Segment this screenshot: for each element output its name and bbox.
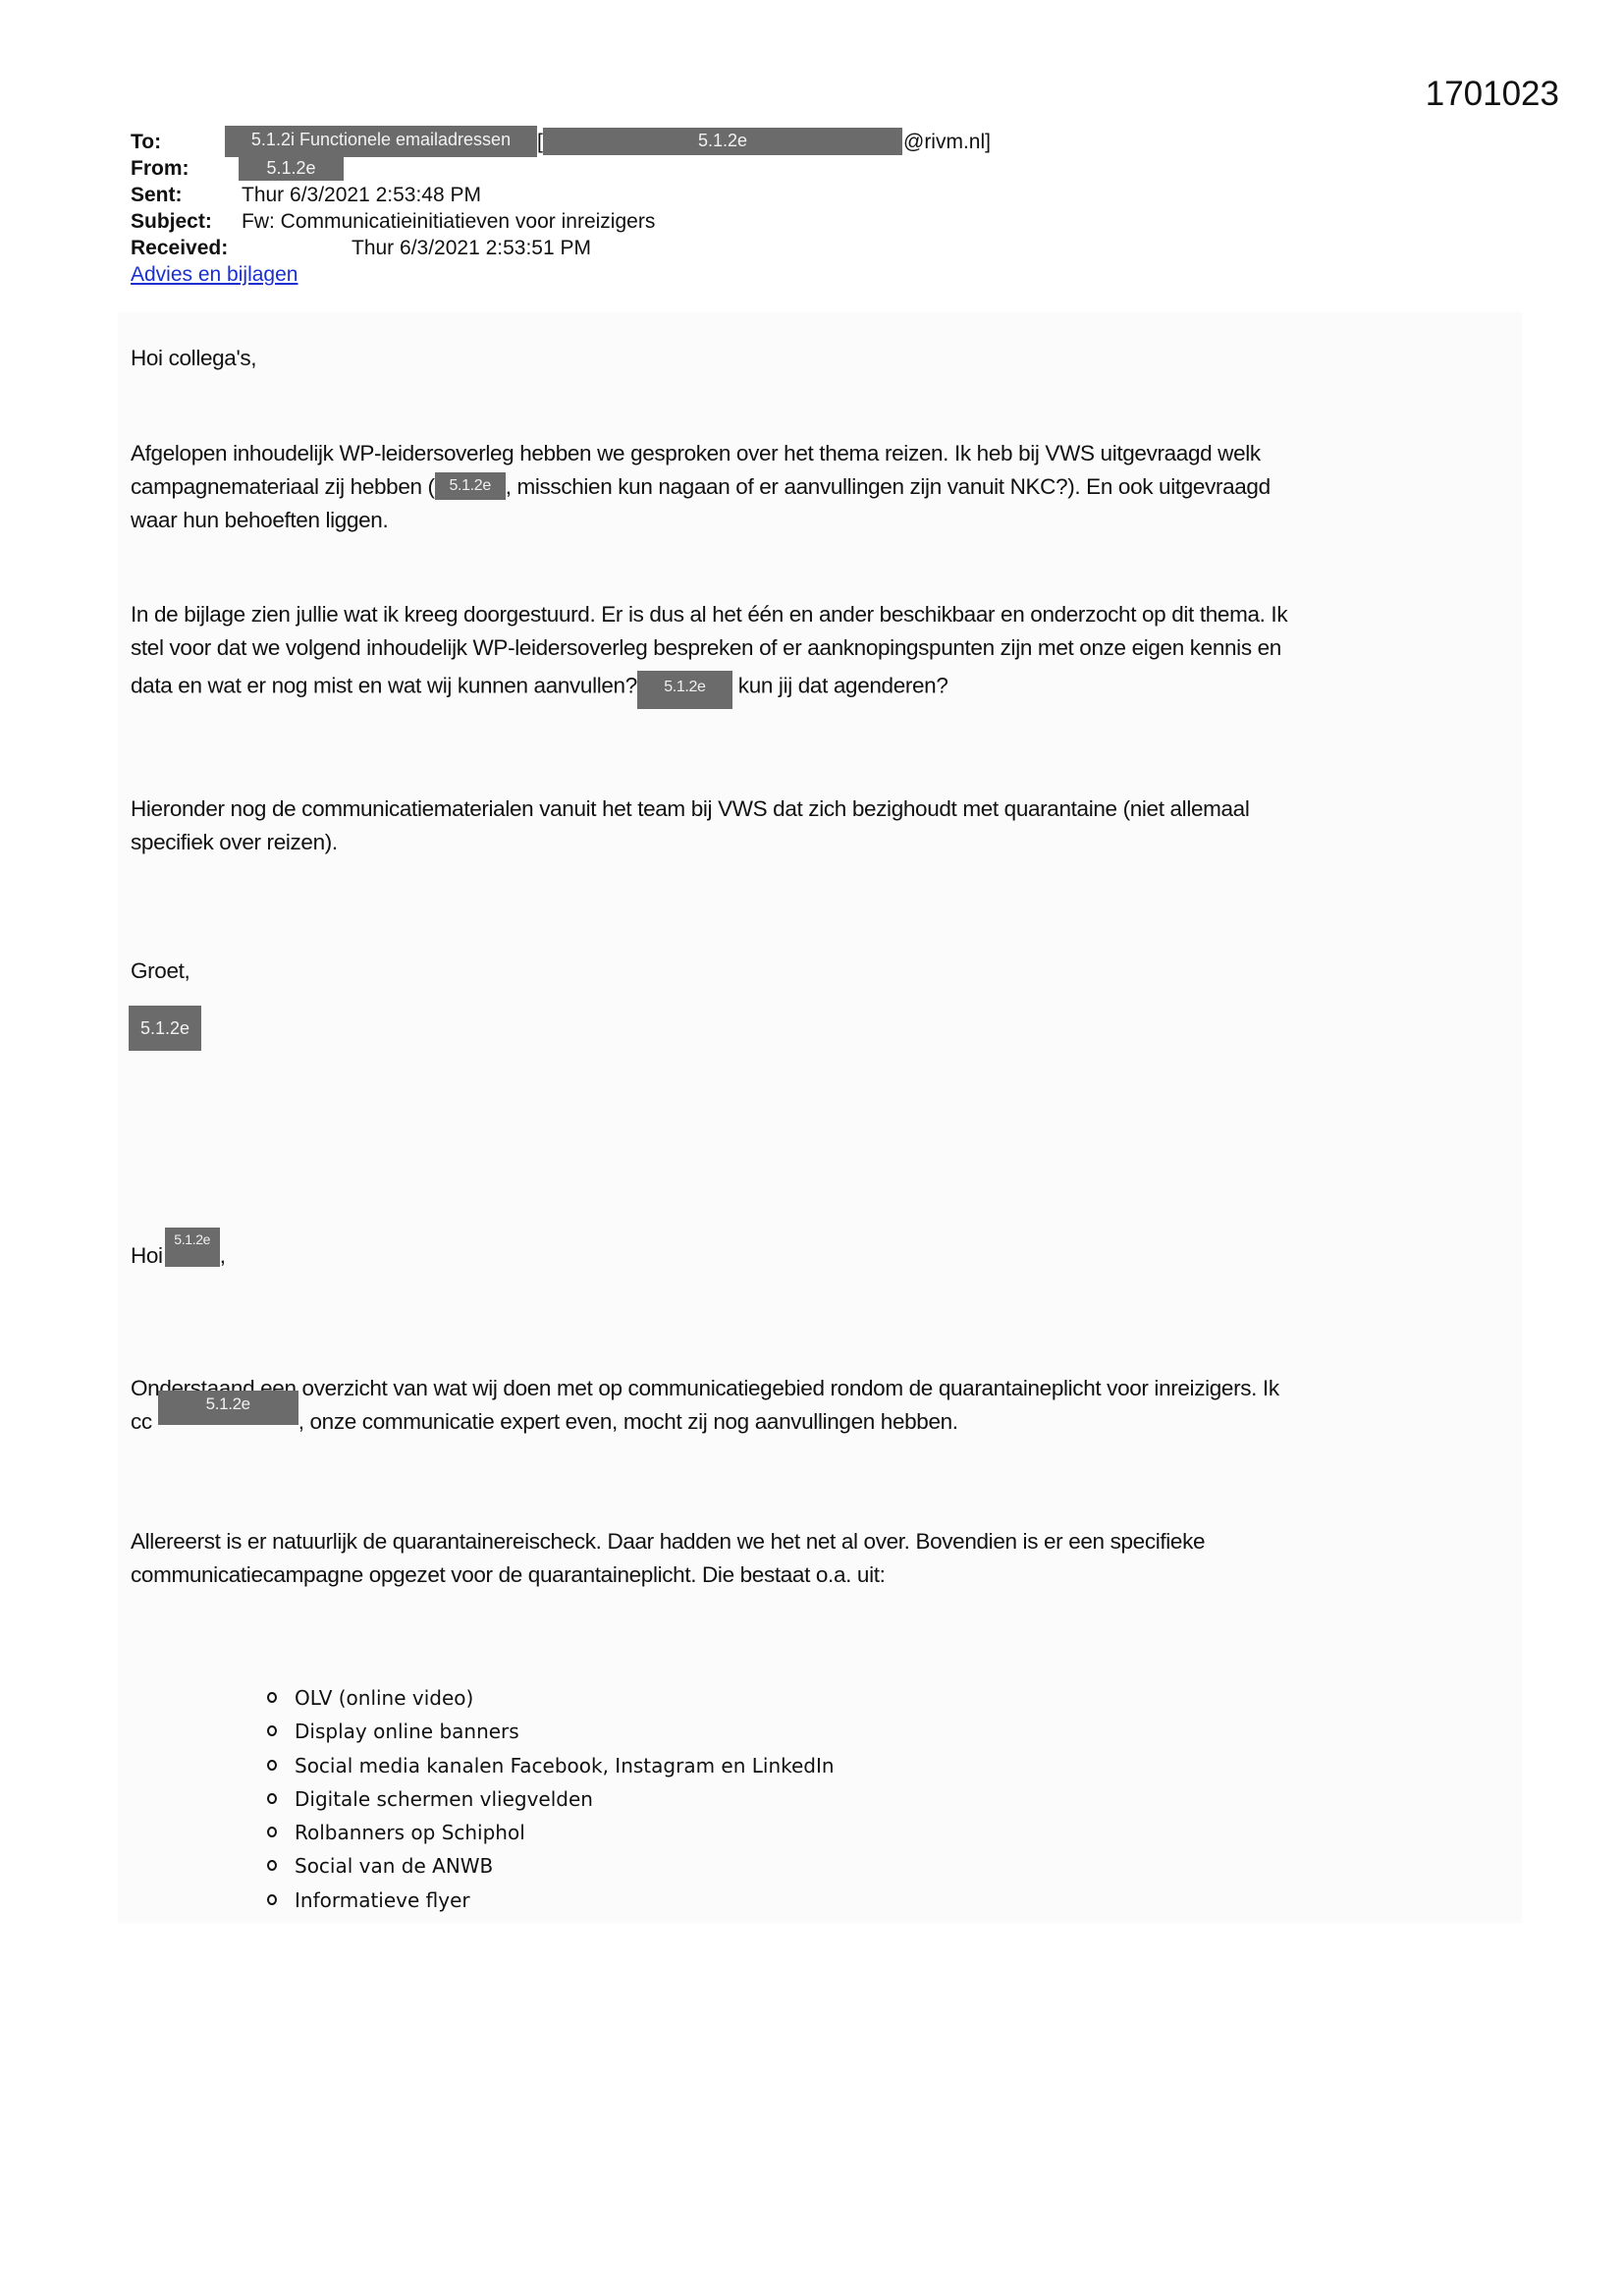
subject-value: Fw: Communicatieinitiatieven voor inreiz… [242,208,655,235]
paragraph-line: campagnemateriaal zij hebben (5.1.2e, mi… [131,470,1271,504]
paragraph-line: specifiek over reizen). [131,826,338,859]
circle-bullet-icon [267,1725,277,1736]
text-segment: , [220,1243,226,1268]
closing: Groet, [131,955,189,988]
circle-bullet-icon [267,1692,277,1703]
text-segment: Hoi [131,1243,163,1268]
list-item: Social media kanalen Facebook, Instagram… [265,1749,835,1782]
text-segment: data en wat er nog mist en wat wij kunne… [131,673,637,697]
list-item-text: Display online banners [295,1720,519,1743]
list-item: Rolbanners op Schiphol [265,1816,835,1849]
to-label: To: [131,129,161,155]
list-item-text: Social van de ANWB [295,1854,493,1878]
circle-bullet-icon [267,1894,277,1905]
paragraph-line: cc 5.1.2e, onze communicatie expert even… [131,1405,958,1439]
received-value: Thur 6/3/2021 2:53:51 PM [352,235,591,261]
circle-bullet-icon [267,1860,277,1871]
text-segment: , misschien kun nagaan of er aanvullinge… [506,474,1271,499]
list-item: Display online banners [265,1715,835,1748]
list-item: Social van de ANWB [265,1849,835,1883]
paragraph-line: Afgelopen inhoudelijk WP-leidersoverleg … [131,437,1261,470]
forwarded-greeting: Hoi5.1.2e, [131,1239,226,1273]
inline-redaction: 5.1.2e [637,671,732,709]
circle-bullet-icon [267,1793,277,1804]
text-segment: kun jij dat agenderen? [732,673,948,697]
signature-redaction: 5.1.2e [129,1006,201,1051]
paragraph-line: In de bijlage zien jullie wat ik kreeg d… [131,598,1287,631]
subject-label: Subject: [131,208,212,235]
document-number: 1701023 [1426,75,1559,114]
list-item: Digitale schermen vliegvelden [265,1782,835,1816]
text-segment: campagnemateriaal zij hebben ( [131,474,435,499]
inline-redaction: 5.1.2e [165,1228,220,1267]
greeting: Hoi collega's, [131,342,256,375]
sent-value: Thur 6/3/2021 2:53:48 PM [242,182,481,208]
sent-label: Sent: [131,182,183,208]
to-domain: @rivm.nl] [903,129,991,155]
paragraph-line: communicatiecampagne opgezet voor de qua… [131,1558,886,1592]
campaign-items-list: OLV (online video) Display online banner… [265,1681,835,1917]
from-label: From: [131,155,189,182]
paragraph-line: waar hun behoeften liggen. [131,504,388,537]
circle-bullet-icon [267,1827,277,1837]
paragraph-line: Hieronder nog de communicatiematerialen … [131,793,1250,826]
from-redaction: 5.1.2e [239,157,344,181]
text-segment: , onze communicatie expert even, mocht z… [298,1409,958,1434]
inline-redaction: 5.1.2e [158,1391,298,1425]
list-item: Informatieve flyer [265,1884,835,1917]
text-segment: cc [131,1409,158,1434]
circle-bullet-icon [267,1760,277,1771]
list-item-text: Rolbanners op Schiphol [295,1821,525,1844]
list-item-text: Informatieve flyer [295,1888,470,1912]
to-redaction-address: 5.1.2e [543,128,902,155]
list-item-text: Digitale schermen vliegvelden [295,1787,593,1811]
inline-redaction: 5.1.2e [435,472,506,500]
list-item: OLV (online video) [265,1681,835,1715]
to-redaction-functional-address: 5.1.2i Functionele emailadressen [225,126,537,157]
to-bracket-open: [ [537,129,543,155]
list-item-text: Social media kanalen Facebook, Instagram… [295,1754,835,1777]
attachment-link[interactable]: Advies en bijlagen [131,261,298,288]
paragraph-line: data en wat er nog mist en wat wij kunne… [131,665,948,709]
paragraph-line: stel voor dat we volgend inhoudelijk WP-… [131,631,1281,665]
list-item-text: OLV (online video) [295,1686,473,1710]
paragraph-line: Allereerst is er natuurlijk de quarantai… [131,1525,1205,1558]
paragraph-line: Onderstaand een overzicht van wat wij do… [131,1372,1279,1405]
received-label: Received: [131,235,228,261]
